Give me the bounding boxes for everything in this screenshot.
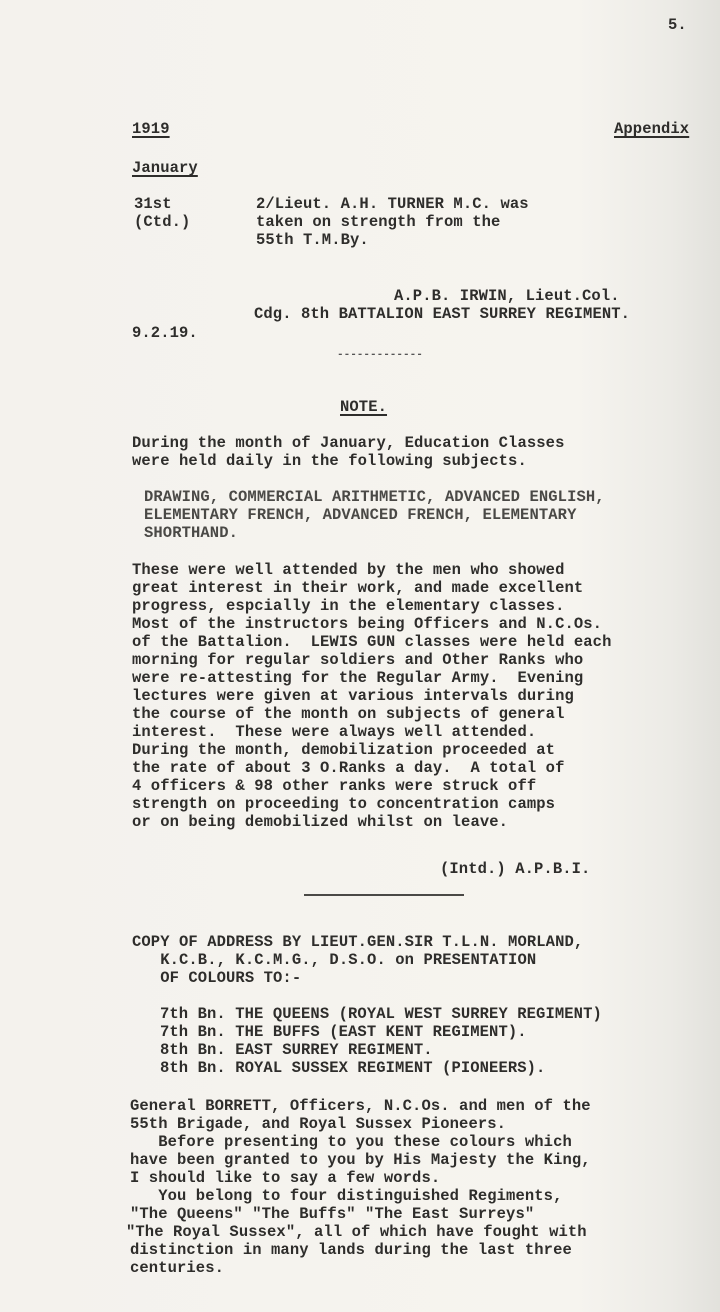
signature-title: Cdg. 8th BATTALION EAST SURREY REGIMENT. — [254, 305, 630, 323]
note-body-line: the course of the month on subjects of g… — [132, 705, 564, 723]
entry-date: 31st — [134, 195, 172, 213]
note-body-line: progress, espcially in the elementary cl… — [132, 597, 564, 615]
address-heading-line: K.C.B., K.C.M.G., D.S.O. on PRESENTATION — [132, 951, 536, 969]
speech-line: You belong to four distinguished Regimen… — [130, 1187, 562, 1205]
separator-dashes: ------------- — [337, 346, 423, 364]
speech-line: distinction in many lands during the las… — [130, 1241, 572, 1259]
address-heading-line: OF COLOURS TO:- — [132, 969, 301, 987]
document-page: 5. 1919 Appendix January 31st (Ctd.) 2/L… — [0, 0, 720, 1312]
note-body-line: morning for regular soldiers and Other R… — [132, 651, 583, 669]
note-initials: (Intd.) A.P.B.I. — [440, 860, 590, 878]
note-heading: NOTE. — [340, 398, 387, 416]
note-body-line: strength on proceeding to concentration … — [132, 795, 555, 813]
appendix-heading: Appendix — [614, 120, 689, 138]
address-heading-line: COPY OF ADDRESS BY LIEUT.GEN.SIR T.L.N. … — [132, 933, 583, 951]
entry-text-line: 2/Lieut. A.H. TURNER M.C. was — [256, 195, 529, 213]
note-body-line: or on being demobilized whilst on leave. — [132, 813, 508, 831]
year-heading: 1919 — [132, 120, 170, 138]
speech-line: centuries. — [130, 1259, 224, 1277]
speech-line: "The Queens" "The Buffs" "The East Surre… — [130, 1205, 534, 1223]
entry-text-line: taken on strength from the — [256, 213, 500, 231]
page-number: 5. — [668, 16, 687, 34]
note-body-line: were re-attesting for the Regular Army. … — [132, 669, 583, 687]
section-rule — [304, 894, 464, 896]
month-heading: January — [132, 159, 198, 177]
unit-line: 8th Bn. ROYAL SUSSEX REGIMENT (PIONEERS)… — [160, 1059, 545, 1077]
speech-line: Before presenting to you these colours w… — [130, 1133, 572, 1151]
unit-line: 8th Bn. EAST SURREY REGIMENT. — [160, 1041, 433, 1059]
speech-line: General BORRETT, Officers, N.C.Os. and m… — [130, 1097, 591, 1115]
subjects-line: DRAWING, COMMERCIAL ARITHMETIC, ADVANCED… — [144, 488, 605, 506]
unit-line: 7th Bn. THE BUFFS (EAST KENT REGIMENT). — [160, 1023, 527, 1041]
note-intro-line: During the month of January, Education C… — [132, 434, 564, 452]
note-body-line: Most of the instructors being Officers a… — [132, 615, 602, 633]
subjects-line: ELEMENTARY FRENCH, ADVANCED FRENCH, ELEM… — [144, 506, 576, 524]
note-body-line: 4 officers & 98 other ranks were struck … — [132, 777, 536, 795]
speech-line: have been granted to you by His Majesty … — [130, 1151, 591, 1169]
note-body-line: the rate of about 3 O.Ranks a day. A tot… — [132, 759, 564, 777]
note-body-line: During the month, demobilization proceed… — [132, 741, 555, 759]
note-body-line: of the Battalion. LEWIS GUN classes were… — [132, 633, 611, 651]
unit-line: 7th Bn. THE QUEENS (ROYAL WEST SURREY RE… — [160, 1005, 602, 1023]
speech-line: "The Royal Sussex", all of which have fo… — [126, 1223, 587, 1241]
entry-text-line: 55th T.M.By. — [256, 231, 369, 249]
signature-date: 9.2.19. — [132, 324, 198, 342]
subjects-line: SHORTHAND. — [144, 524, 238, 542]
note-body-line: These were well attended by the men who … — [132, 561, 564, 579]
speech-line: I should like to say a few words. — [130, 1169, 440, 1187]
note-body-line: lectures were given at various intervals… — [132, 687, 574, 705]
note-body-line: great interest in their work, and made e… — [132, 579, 583, 597]
note-body-line: interest. These were always well attende… — [132, 723, 536, 741]
signature-name: A.P.B. IRWIN, Lieut.Col. — [394, 287, 620, 305]
entry-date-continued: (Ctd.) — [134, 213, 190, 231]
speech-line: 55th Brigade, and Royal Sussex Pioneers. — [130, 1115, 506, 1133]
note-intro-line: were held daily in the following subject… — [132, 452, 527, 470]
